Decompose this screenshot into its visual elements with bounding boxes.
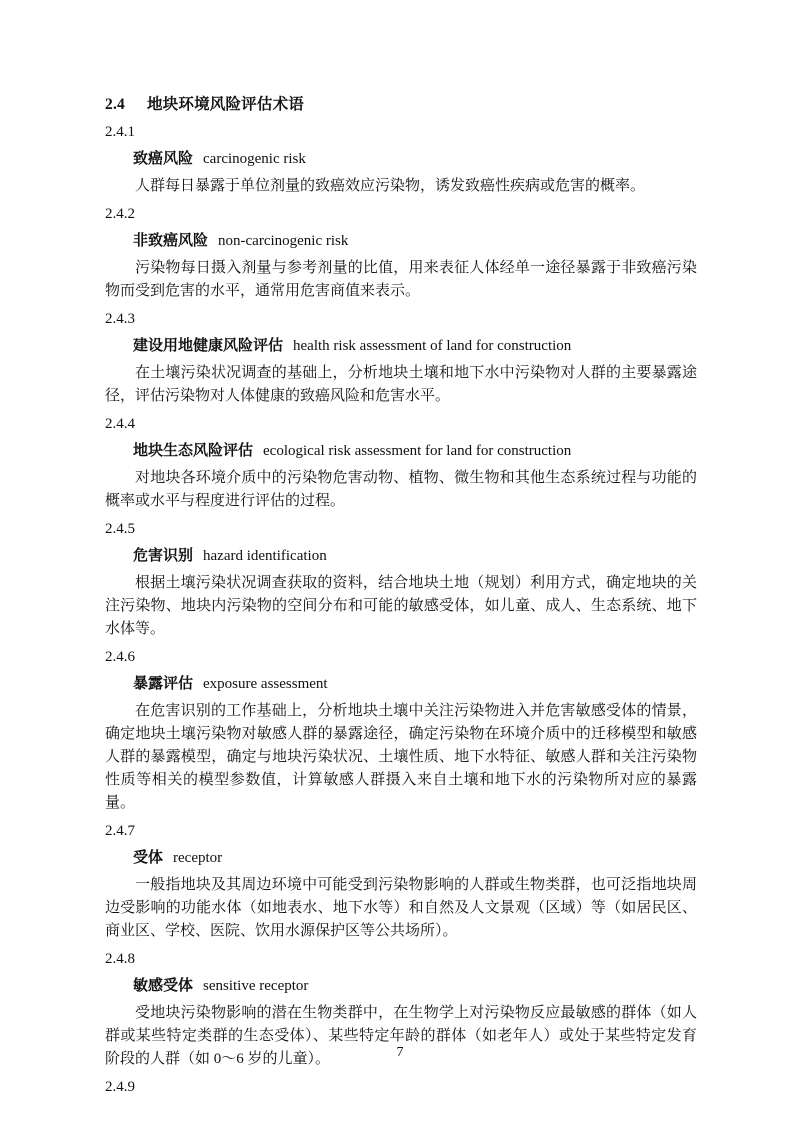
clause-number: 2.4.4 xyxy=(105,413,697,436)
term-definition: 污染物每日摄入剂量与参考剂量的比值，用来表征人体经单一途径暴露于非致癌污染物而受… xyxy=(105,257,697,303)
term-definition: 人群每日暴露于单位剂量的致癌效应污染物，诱发致癌性疾病或危害的概率。 xyxy=(105,175,697,198)
term-line: 地块生态风险评估ecological risk assessment for l… xyxy=(133,440,697,463)
term-definition: 根据土壤污染状况调查获取的资料，结合地块土地（规划）利用方式，确定地块的关注污染… xyxy=(105,572,697,641)
section-title: 地块环境风险评估术语 xyxy=(147,96,304,113)
term-english: carcinogenic risk xyxy=(203,151,306,167)
clause-number: 2.4.9 xyxy=(105,1076,697,1099)
term-line: 建设用地健康风险评估health risk assessment of land… xyxy=(133,335,697,358)
term-definition: 在土壤污染状况调查的基础上，分析地块土壤和地下水中污染物对人群的主要暴露途径，评… xyxy=(105,362,697,408)
term-chinese: 敏感受体 xyxy=(133,978,193,994)
term-chinese: 非致癌风险 xyxy=(133,233,208,249)
term-entry: 2.4.1 致癌风险carcinogenic risk 人群每日暴露于单位剂量的… xyxy=(105,121,697,198)
term-line: 受体receptor xyxy=(133,847,697,870)
term-english: health risk assessment of land for const… xyxy=(293,338,571,354)
term-line: 非致癌风险non-carcinogenic risk xyxy=(133,230,697,253)
clause-number: 2.4.6 xyxy=(105,646,697,669)
term-chinese: 地块生态风险评估 xyxy=(133,443,253,459)
term-definition: 一般指地块及其周边环境中可能受到污染物影响的人群或生物类群，也可泛指地块周边受影… xyxy=(105,874,697,943)
term-english: sensitive receptor xyxy=(203,978,308,994)
term-english: non-carcinogenic risk xyxy=(218,233,348,249)
term-line: 暴露评估exposure assessment xyxy=(133,673,697,696)
page-number: 7 xyxy=(0,1044,800,1062)
term-entry: 2.4.9 xyxy=(105,1076,697,1099)
term-line: 致癌风险carcinogenic risk xyxy=(133,148,697,171)
term-line: 危害识别hazard identification xyxy=(133,545,697,568)
term-line: 敏感受体sensitive receptor xyxy=(133,975,697,998)
term-entry: 2.4.2 非致癌风险non-carcinogenic risk 污染物每日摄入… xyxy=(105,203,697,303)
clause-number: 2.4.7 xyxy=(105,820,697,843)
term-chinese: 危害识别 xyxy=(133,548,193,564)
term-entry: 2.4.5 危害识别hazard identification 根据土壤污染状况… xyxy=(105,518,697,641)
section-number: 2.4 xyxy=(105,96,125,113)
clause-number: 2.4.5 xyxy=(105,518,697,541)
term-entry: 2.4.4 地块生态风险评估ecological risk assessment… xyxy=(105,413,697,513)
term-english: exposure assessment xyxy=(203,676,328,692)
section-heading: 2.4地块环境风险评估术语 xyxy=(105,93,697,116)
clause-number: 2.4.8 xyxy=(105,948,697,971)
document-page: 2.4地块环境风险评估术语 2.4.1 致癌风险carcinogenic ris… xyxy=(0,0,800,1131)
term-english: ecological risk assessment for land for … xyxy=(263,443,571,459)
term-chinese: 建设用地健康风险评估 xyxy=(133,338,283,354)
term-entry: 2.4.6 暴露评估exposure assessment 在危害识别的工作基础… xyxy=(105,646,697,815)
term-definition: 对地块各环境介质中的污染物危害动物、植物、微生物和其他生态系统过程与功能的概率或… xyxy=(105,467,697,513)
term-chinese: 致癌风险 xyxy=(133,151,193,167)
term-chinese: 受体 xyxy=(133,850,163,866)
term-entry: 2.4.7 受体receptor 一般指地块及其周边环境中可能受到污染物影响的人… xyxy=(105,820,697,943)
clause-number: 2.4.2 xyxy=(105,203,697,226)
term-chinese: 暴露评估 xyxy=(133,676,193,692)
clause-number: 2.4.3 xyxy=(105,308,697,331)
term-english: hazard identification xyxy=(203,548,327,564)
term-entry: 2.4.3 建设用地健康风险评估health risk assessment o… xyxy=(105,308,697,408)
term-definition: 在危害识别的工作基础上，分析地块土壤中关注污染物进入并危害敏感受体的情景，确定地… xyxy=(105,700,697,815)
term-english: receptor xyxy=(173,850,222,866)
clause-number: 2.4.1 xyxy=(105,121,697,144)
